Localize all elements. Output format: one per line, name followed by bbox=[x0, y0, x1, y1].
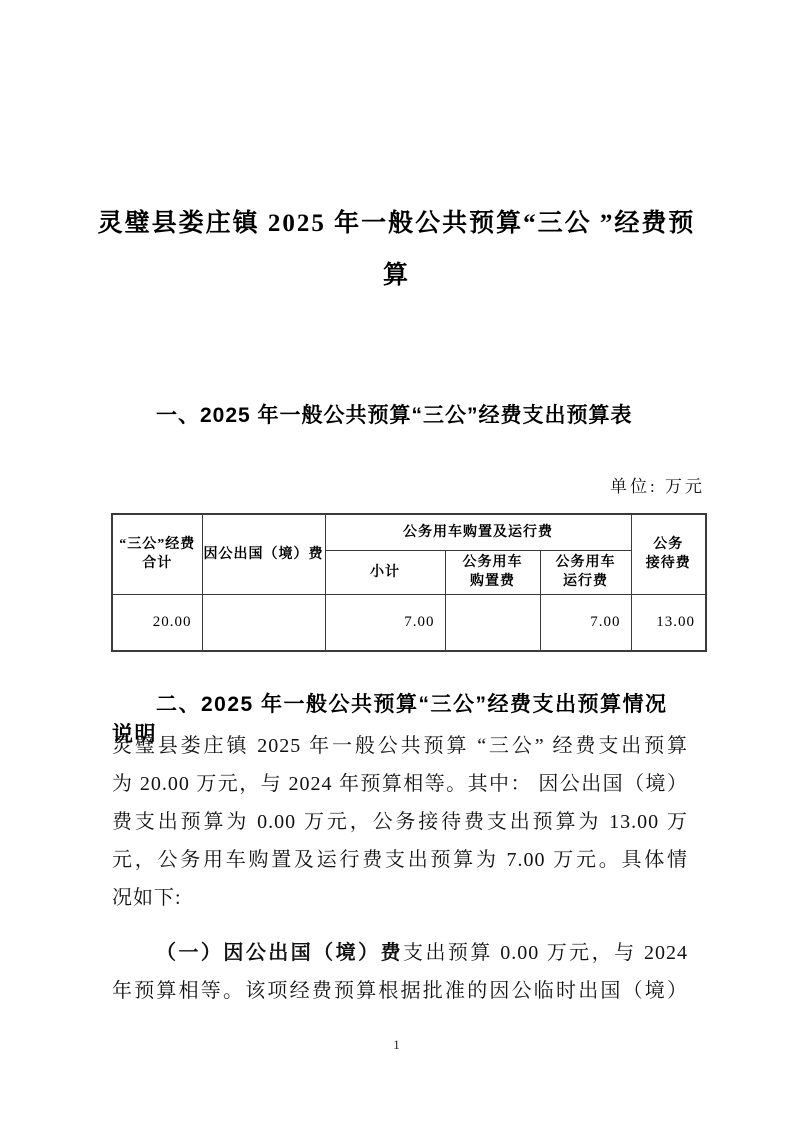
table-header-row-1: “三公”经费 合计 因公出国（境）费 公务用车购置及运行费 公务 接待费 bbox=[112, 514, 706, 550]
value-sangong-total: 20.00 bbox=[112, 594, 202, 651]
value-reception-fee: 13.00 bbox=[631, 594, 706, 651]
section1-heading: 一、2025 年一般公共预算“三公”经费支出预算表 bbox=[112, 399, 692, 429]
document-page: 灵璧县娄庄镇 2025 年一般公共预算“三公 ”经费预 算 一、2025 年一般… bbox=[0, 0, 793, 1122]
header-reception-fee: 公务 接待费 bbox=[631, 514, 706, 594]
header-vehicle-purchase: 公务用车 购置费 bbox=[445, 550, 540, 594]
sangong-budget-table: “三公”经费 合计 因公出国（境）费 公务用车购置及运行费 公务 接待费 小计 … bbox=[111, 513, 707, 652]
paragraph-line: 为 20.00 万元，与 2024 年预算相等。其中： 因公出国（境） bbox=[112, 765, 688, 803]
paragraph-line: 费支出预算为 0.00 万元，公务接待费支出预算为 13.00 万 bbox=[112, 803, 688, 841]
header-vehicle-group: 公务用车购置及运行费 bbox=[325, 514, 631, 550]
page-number: 1 bbox=[0, 1037, 793, 1053]
value-abroad-fee bbox=[202, 594, 325, 651]
header-sangong-total: “三公”经费 合计 bbox=[112, 514, 202, 594]
paragraph-line: 况如下: bbox=[112, 879, 688, 917]
document-title-line-1: 灵璧县娄庄镇 2025 年一般公共预算“三公 ”经费预 bbox=[0, 198, 793, 250]
header-vehicle-operation: 公务用车 运行费 bbox=[540, 550, 631, 594]
document-title-line-2: 算 bbox=[0, 250, 793, 302]
document-title: 灵璧县娄庄镇 2025 年一般公共预算“三公 ”经费预 算 bbox=[0, 198, 793, 302]
subsection-1-text: 支出预算 0.00 万元，与 2024 bbox=[403, 942, 688, 964]
table-unit-label: 单位: 万元 bbox=[610, 472, 705, 497]
value-vehicle-subtotal: 7.00 bbox=[325, 594, 445, 651]
paragraph-line: （一）因公出国（境）费支出预算 0.00 万元，与 2024 bbox=[112, 934, 688, 972]
value-vehicle-purchase bbox=[445, 594, 540, 651]
table-data-row: 20.00 7.00 7.00 13.00 bbox=[112, 594, 706, 651]
section2-paragraph-2: （一）因公出国（境）费支出预算 0.00 万元，与 2024 年预算相等。该项经… bbox=[112, 934, 688, 1010]
header-abroad-fee: 因公出国（境）费 bbox=[202, 514, 325, 594]
paragraph-line: 年预算相等。该项经费预算根据批准的因公临时出国（境） bbox=[112, 972, 688, 1010]
value-vehicle-operation: 7.00 bbox=[540, 594, 631, 651]
subsection-1-lead: （一）因公出国（境）费 bbox=[112, 942, 403, 964]
section2-paragraph-1: 灵璧县娄庄镇 2025 年一般公共预算 “三公” 经费支出预算 为 20.00 … bbox=[112, 727, 688, 917]
header-vehicle-subtotal: 小计 bbox=[325, 550, 445, 594]
paragraph-line: 元，公务用车购置及运行费支出预算为 7.00 万元。具体情 bbox=[112, 841, 688, 879]
paragraph-line: 灵璧县娄庄镇 2025 年一般公共预算 “三公” 经费支出预算 bbox=[112, 727, 688, 765]
